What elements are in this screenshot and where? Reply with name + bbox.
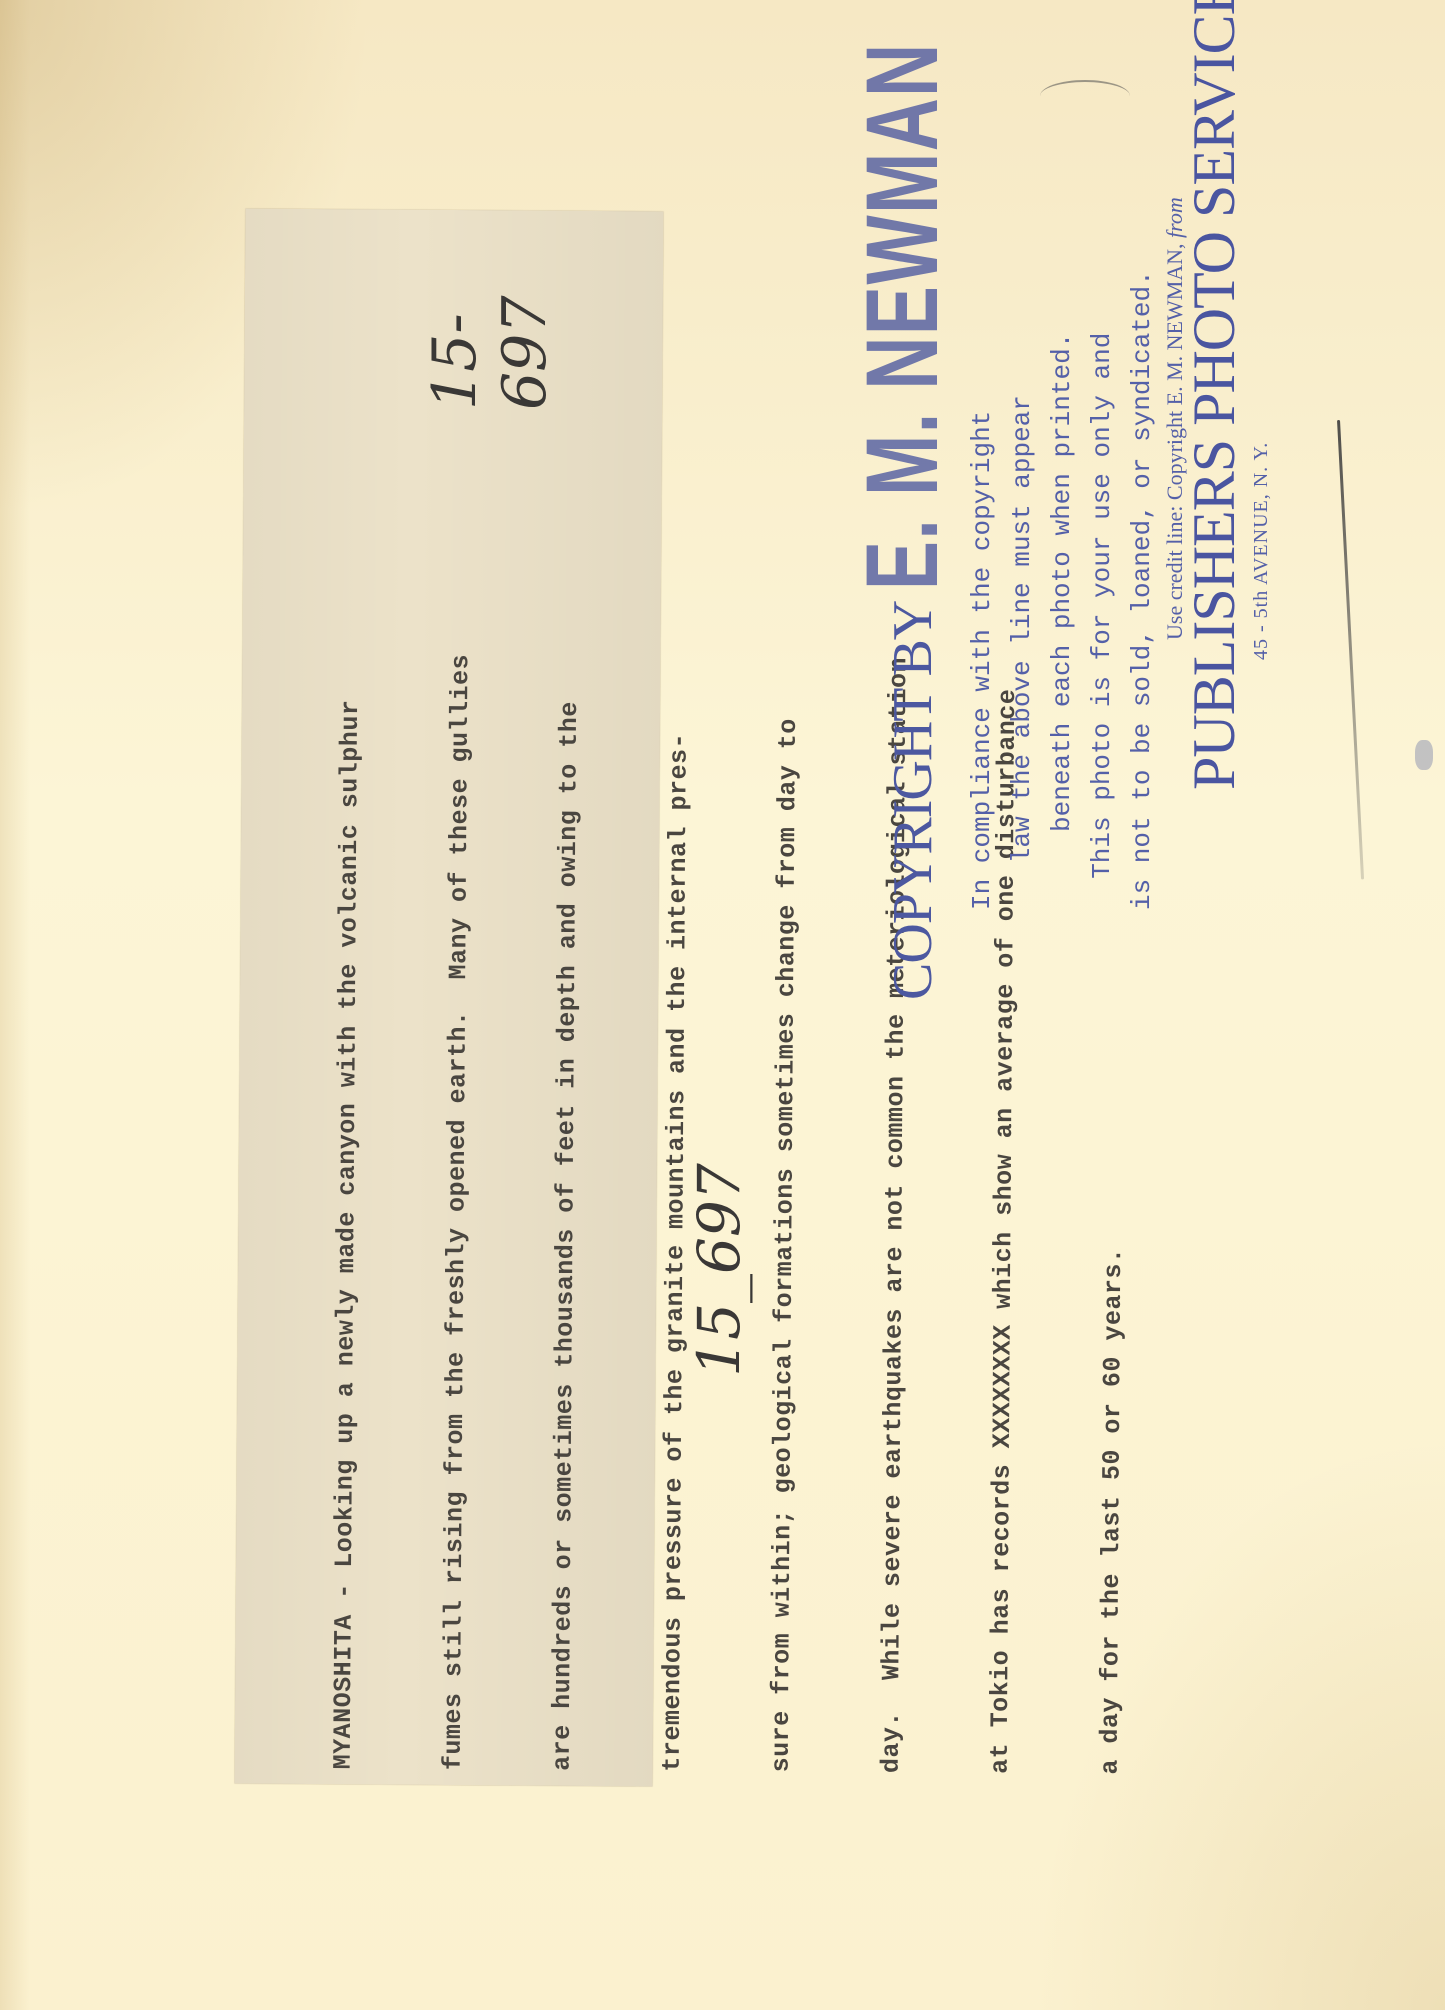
copyright-stamp: COPYRIGHT BY E. M. NEWMAN In compliance … [870, 0, 1330, 1000]
handwritten-catalog-number: 15_697 [685, 1160, 785, 1380]
caption-line: MYANOSHITA - Looking up a newly made can… [326, 229, 373, 1769]
notice-line: law the above line must appear [1007, 395, 1037, 910]
notice-line: beneath each photo when printed. [1047, 333, 1077, 910]
copyright-prefix: COPYRIGHT BY [882, 603, 944, 1000]
ink-smudge [1415, 740, 1433, 770]
service-name: PUBLISHERS PHOTO SERVICE [1182, 0, 1246, 790]
caption-line: fumes still rising from the freshly open… [435, 230, 482, 1770]
pencil-strike-line [1337, 420, 1364, 880]
copyright-holder-name: E. M. NEWMAN [870, 42, 934, 590]
copyright-notice: In compliance with the copyright law the… [962, 270, 1162, 910]
caption-text: MYANOSHITA - Looking up a newly made can… [253, 229, 664, 1772]
notice-line: In compliance with the copyright [967, 411, 997, 910]
caption-line: tremendous pressure of the granite mount… [654, 231, 701, 1771]
service-address: 45 - 5th AVENUE, N. Y. [1250, 442, 1273, 660]
pencil-mark [1040, 80, 1130, 112]
notice-line: This photo is for your use only and [1087, 333, 1117, 910]
caption-line: are hundreds or sometimes thousands of f… [545, 231, 592, 1771]
notice-line: is not to be sold, loaned, or syndicated… [1127, 270, 1157, 910]
handwritten-catalog-number-top: 15-697 [420, 210, 540, 410]
copyright-heading: COPYRIGHT BY E. M. NEWMAN [870, 0, 945, 1000]
caption-clipping: MYANOSHITA - Looking up a newly made can… [235, 209, 664, 1787]
caption-line: sure from within; geological formations … [764, 232, 811, 1772]
